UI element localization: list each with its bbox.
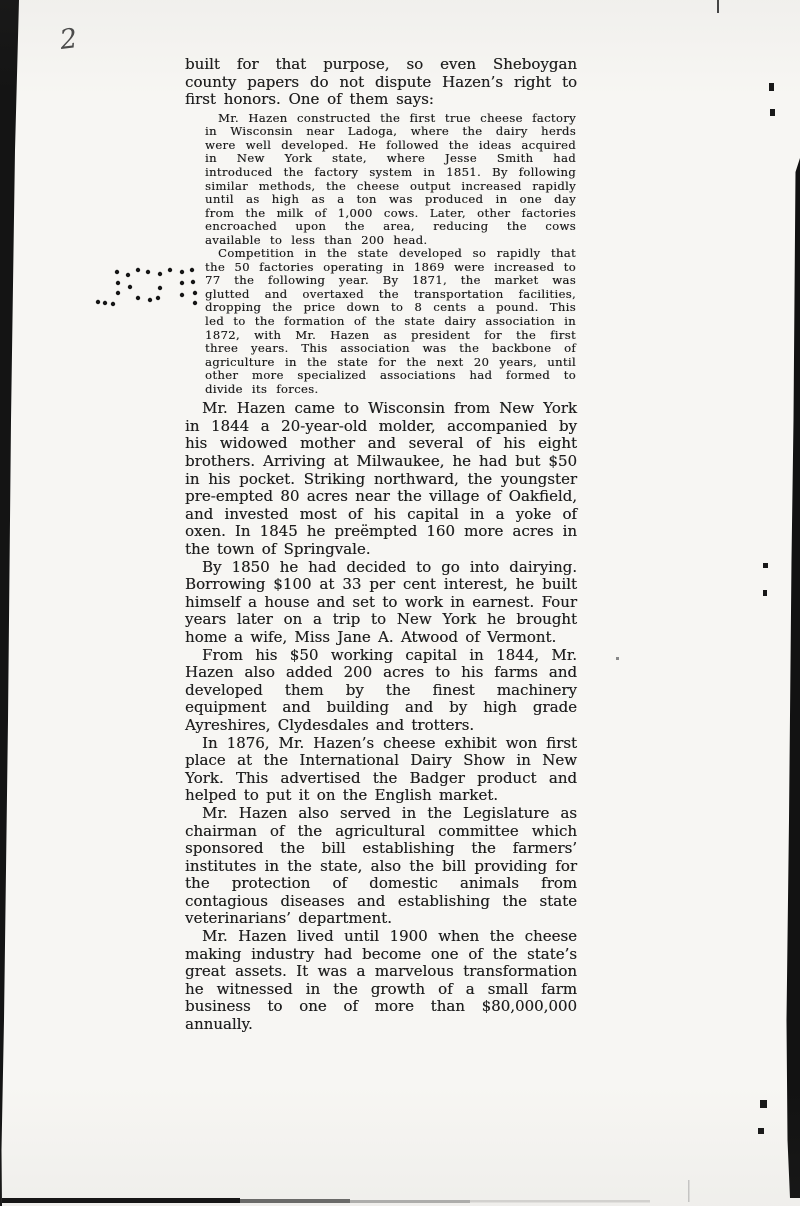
body-paragraph: By 1850 he had decided to go into dairyi…: [185, 559, 577, 647]
newspaper-quote-block: Mr. Hazen constructed the first true che…: [205, 112, 576, 396]
ink-speck: [758, 1128, 764, 1134]
article-body: Mr. Hazen came to Wisconsin from New Yor…: [185, 400, 577, 1033]
left-scan-edge: [0, 0, 19, 1206]
bottom-edge-rule: [2, 1198, 240, 1203]
ink-speck: [760, 1100, 767, 1108]
faint-speck: [616, 657, 619, 660]
ink-speck: [763, 590, 767, 596]
top-right-tick-mark: [717, 0, 719, 13]
body-paragraph: Mr. Hazen came to Wisconsin from New Yor…: [185, 400, 577, 558]
ink-speck: [770, 109, 775, 116]
ink-speck: [769, 83, 774, 91]
intro-paragraph: built for that purpose, so even Sheboyga…: [185, 56, 577, 109]
body-paragraph: Mr. Hazen also served in the Legislature…: [185, 805, 577, 928]
bottom-edge-rule-fade2: [350, 1200, 470, 1203]
faint-dash: [688, 1180, 690, 1202]
right-scan-edge: [787, 158, 800, 1198]
ink-speck: [763, 563, 768, 568]
body-paragraph: Mr. Hazen lived until 1900 when the chee…: [185, 928, 577, 1034]
bottom-edge-rule-fade1: [240, 1199, 350, 1203]
bottom-edge-rule-fade3: [470, 1200, 650, 1203]
quote-paragraph: Mr. Hazen constructed the first true che…: [205, 112, 576, 247]
body-paragraph: In 1876, Mr. Hazen’s cheese exhibit won …: [185, 735, 577, 805]
scanned-document-page: 2 built for that purpose, so even Sheboy…: [0, 0, 800, 1206]
quote-paragraph: Competition in the state developed so ra…: [205, 247, 576, 396]
handwritten-page-number: 2: [58, 25, 78, 54]
article-text-column: built for that purpose, so even Sheboyga…: [185, 56, 577, 1034]
body-paragraph: From his $50 working capital in 1844, Mr…: [185, 647, 577, 735]
